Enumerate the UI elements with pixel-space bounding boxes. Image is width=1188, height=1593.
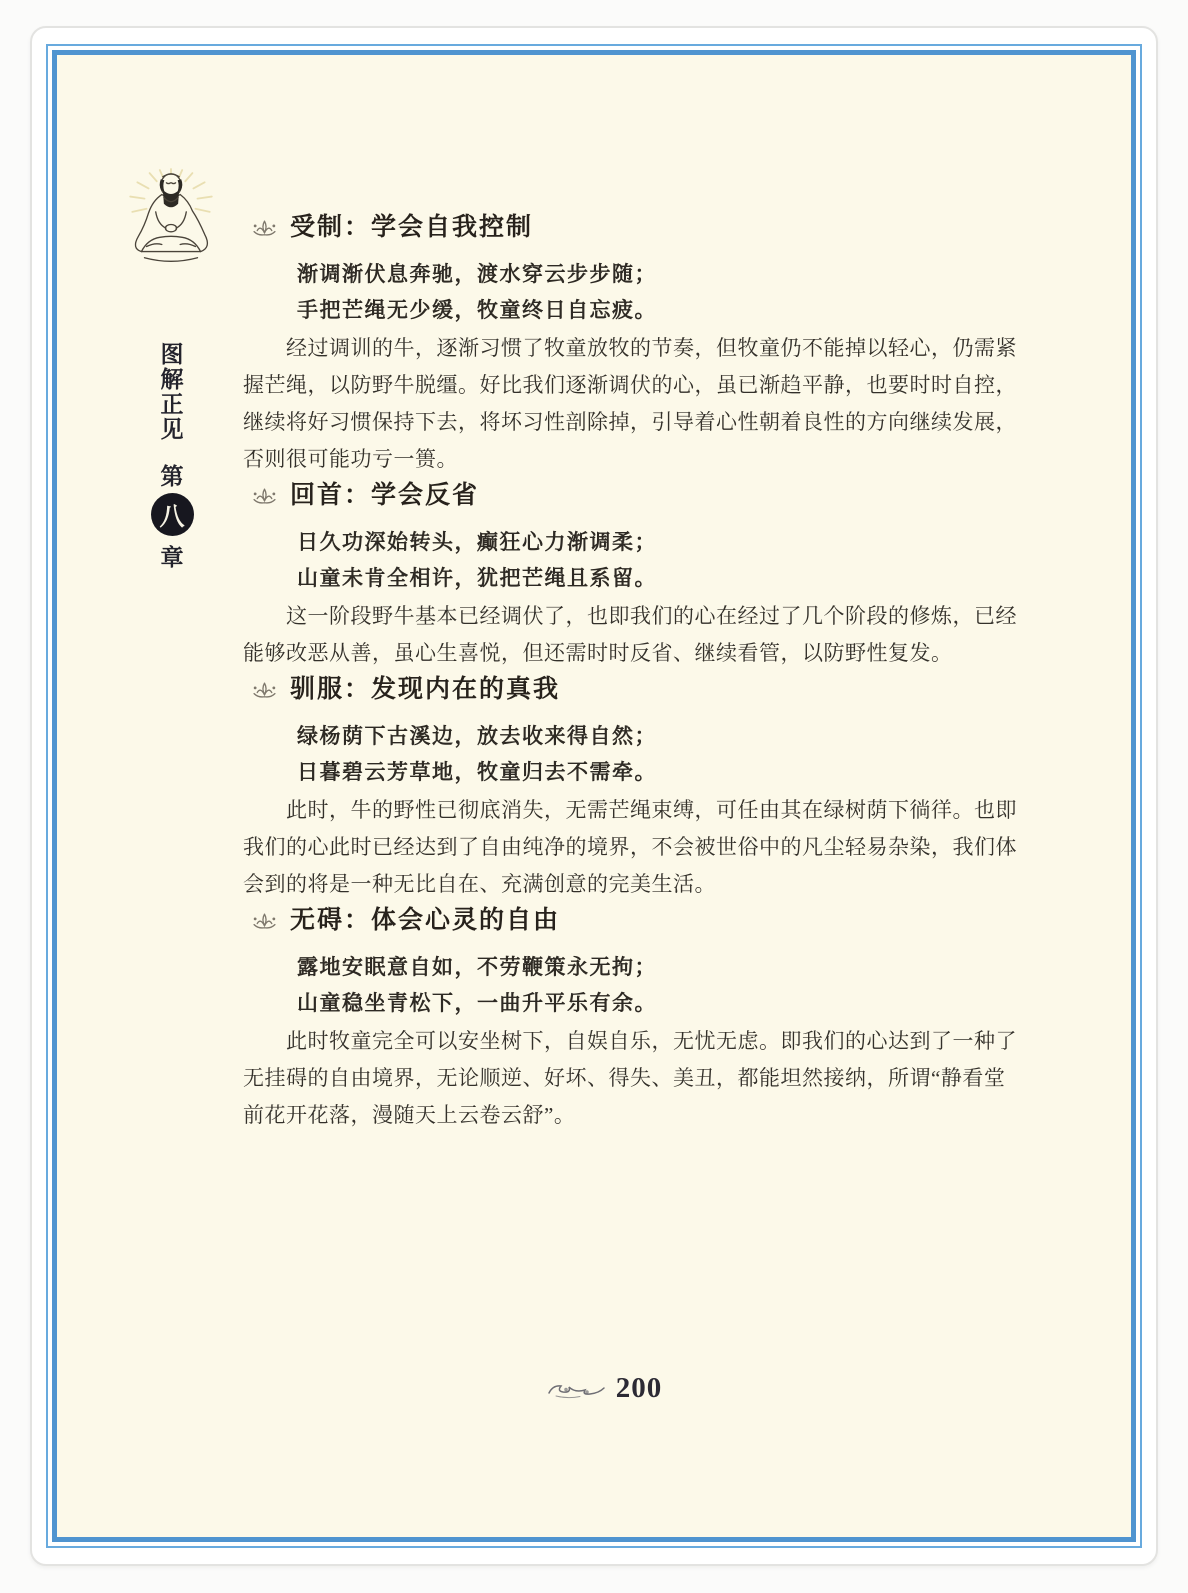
paragraph-line: 经过调训的牛，逐渐习惯了牧童放牧的节奏，但牧童仍不能掉以轻心，仍需紧	[243, 330, 1025, 367]
paragraph: 这一阶段野牛基本已经调伏了，也即我们的心在经过了几个阶段的修炼，已经 能够改恶从…	[243, 598, 1025, 672]
section-title: 无碍：体会心灵的自由	[290, 905, 560, 937]
paragraph-line: 握芒绳，以防野牛脱缰。好比我们逐渐调伏的心，虽已渐趋平静，也要时时自控，	[243, 367, 1025, 404]
section-title: 回首：学会反省	[290, 480, 479, 512]
paragraph-line: 前花开花落，漫随天上云卷云舒”。	[243, 1097, 1025, 1134]
section-heading: 驯服：发现内在的真我	[251, 674, 1025, 706]
paragraph-line: 继续将好习惯保持下去，将坏习性剖除掉，引导着心性朝着良性的方向继续发展，	[243, 404, 1025, 441]
book-page: 图 解 正 见 第 八 章 受制：学会自我控制 渐调渐伏息奔驰，渡水穿云步步随；…	[0, 0, 1188, 1593]
section-title: 驯服：发现内在的真我	[290, 674, 560, 706]
section-heading: 受制：学会自我控制	[251, 212, 1025, 244]
sidebar-spacer	[146, 442, 198, 464]
book-title-char: 见	[146, 417, 198, 441]
poem-line: 日久功深始转头，癫狂心力渐调柔；	[243, 524, 1025, 560]
poem-line: 日暮碧云芳草地，牧童归去不需牵。	[243, 754, 1025, 790]
main-text-column: 受制：学会自我控制 渐调渐伏息奔驰，渡水穿云步步随； 手把芒绳无少缓，牧童终日自…	[243, 212, 1025, 1136]
paragraph: 此时，牛的野性已彻底消失，无需芒绳束缚，可任由其在绿树荫下徜徉。也即 我们的心此…	[243, 792, 1025, 903]
poem-line: 渐调渐伏息奔驰，渡水穿云步步随；	[243, 256, 1025, 292]
section-wuai: 无碍：体会心灵的自由 露地安眠意自如，不劳鞭策永无拘； 山童稳坐青松下，一曲升平…	[243, 905, 1025, 1134]
section-shouzhi: 受制：学会自我控制 渐调渐伏息奔驰，渡水穿云步步随； 手把芒绳无少缓，牧童终日自…	[243, 212, 1025, 478]
poem: 绿杨荫下古溪边，放去收来得自然； 日暮碧云芳草地，牧童归去不需牵。	[243, 718, 1025, 790]
lotus-icon	[251, 486, 278, 507]
paragraph-line: 此时，牛的野性已彻底消失，无需芒绳束缚，可任由其在绿树荫下徜徉。也即	[243, 792, 1025, 829]
poem: 日久功深始转头，癫狂心力渐调柔； 山童未肯全相许，犹把芒绳且系留。	[243, 524, 1025, 596]
paragraph-line: 会到的将是一种无比自在、充满创意的完美生活。	[243, 866, 1025, 903]
chapter-number-badge: 八	[151, 493, 194, 536]
page-number: 200	[616, 1372, 663, 1404]
section-title: 受制：学会自我控制	[290, 212, 533, 244]
poem-line: 山童稳坐青松下，一曲升平乐有余。	[243, 985, 1025, 1021]
poem: 露地安眠意自如，不劳鞭策永无拘； 山童稳坐青松下，一曲升平乐有余。	[243, 949, 1025, 1021]
paragraph-line: 能够改恶从善，虽心生喜悦，但还需时时反省、继续看管，以防野性复发。	[243, 635, 1025, 672]
book-title-char: 图	[146, 342, 198, 366]
sidebar-chapter-label: 图 解 正 见 第 八 章	[146, 342, 198, 570]
lotus-icon	[251, 911, 278, 932]
lotus-icon	[251, 218, 278, 239]
paragraph: 经过调训的牛，逐渐习惯了牧童放牧的节奏，但牧童仍不能掉以轻心，仍需紧 握芒绳，以…	[243, 330, 1025, 478]
paragraph-line: 这一阶段野牛基本已经调伏了，也即我们的心在经过了几个阶段的修炼，已经	[243, 598, 1025, 635]
paragraph-line: 我们的心此时已经达到了自由纯净的境界，不会被世俗中的凡尘轻易杂染，我们体	[243, 829, 1025, 866]
paragraph-line: 否则很可能功亏一篑。	[243, 441, 1025, 478]
paragraph-line: 此时牧童完全可以安坐树下，自娱自乐，无忧无虑。即我们的心达到了一种了	[243, 1023, 1025, 1060]
section-xunfu: 驯服：发现内在的真我 绿杨荫下古溪边，放去收来得自然； 日暮碧云芳草地，牧童归去…	[243, 674, 1025, 903]
book-title-char: 解	[146, 367, 198, 391]
book-title-char: 正	[146, 392, 198, 416]
poem-line: 手把芒绳无少缓，牧童终日自忘疲。	[243, 292, 1025, 328]
paragraph-line: 无挂碍的自由境界，无论顺逆、好坏、得失、美丑，都能坦然接纳，所谓“静看堂	[243, 1060, 1025, 1097]
section-heading: 回首：学会反省	[251, 480, 1025, 512]
chapter-prefix: 第	[146, 464, 198, 488]
cloud-flourish-icon	[546, 1377, 608, 1401]
poem: 渐调渐伏息奔驰，渡水穿云步步随； 手把芒绳无少缓，牧童终日自忘疲。	[243, 256, 1025, 328]
poem-line: 绿杨荫下古溪边，放去收来得自然；	[243, 718, 1025, 754]
section-huishou: 回首：学会反省 日久功深始转头，癫狂心力渐调柔； 山童未肯全相许，犹把芒绳且系留…	[243, 480, 1025, 672]
chapter-suffix: 章	[146, 545, 198, 569]
lotus-icon	[251, 680, 278, 701]
poem-line: 露地安眠意自如，不劳鞭策永无拘；	[243, 949, 1025, 985]
seated-monk-illustration	[119, 167, 223, 273]
poem-line: 山童未肯全相许，犹把芒绳且系留。	[243, 560, 1025, 596]
section-heading: 无碍：体会心灵的自由	[251, 905, 1025, 937]
page-footer: 200	[57, 1372, 1131, 1404]
paragraph: 此时牧童完全可以安坐树下，自娱自乐，无忧无虑。即我们的心达到了一种了 无挂碍的自…	[243, 1023, 1025, 1134]
